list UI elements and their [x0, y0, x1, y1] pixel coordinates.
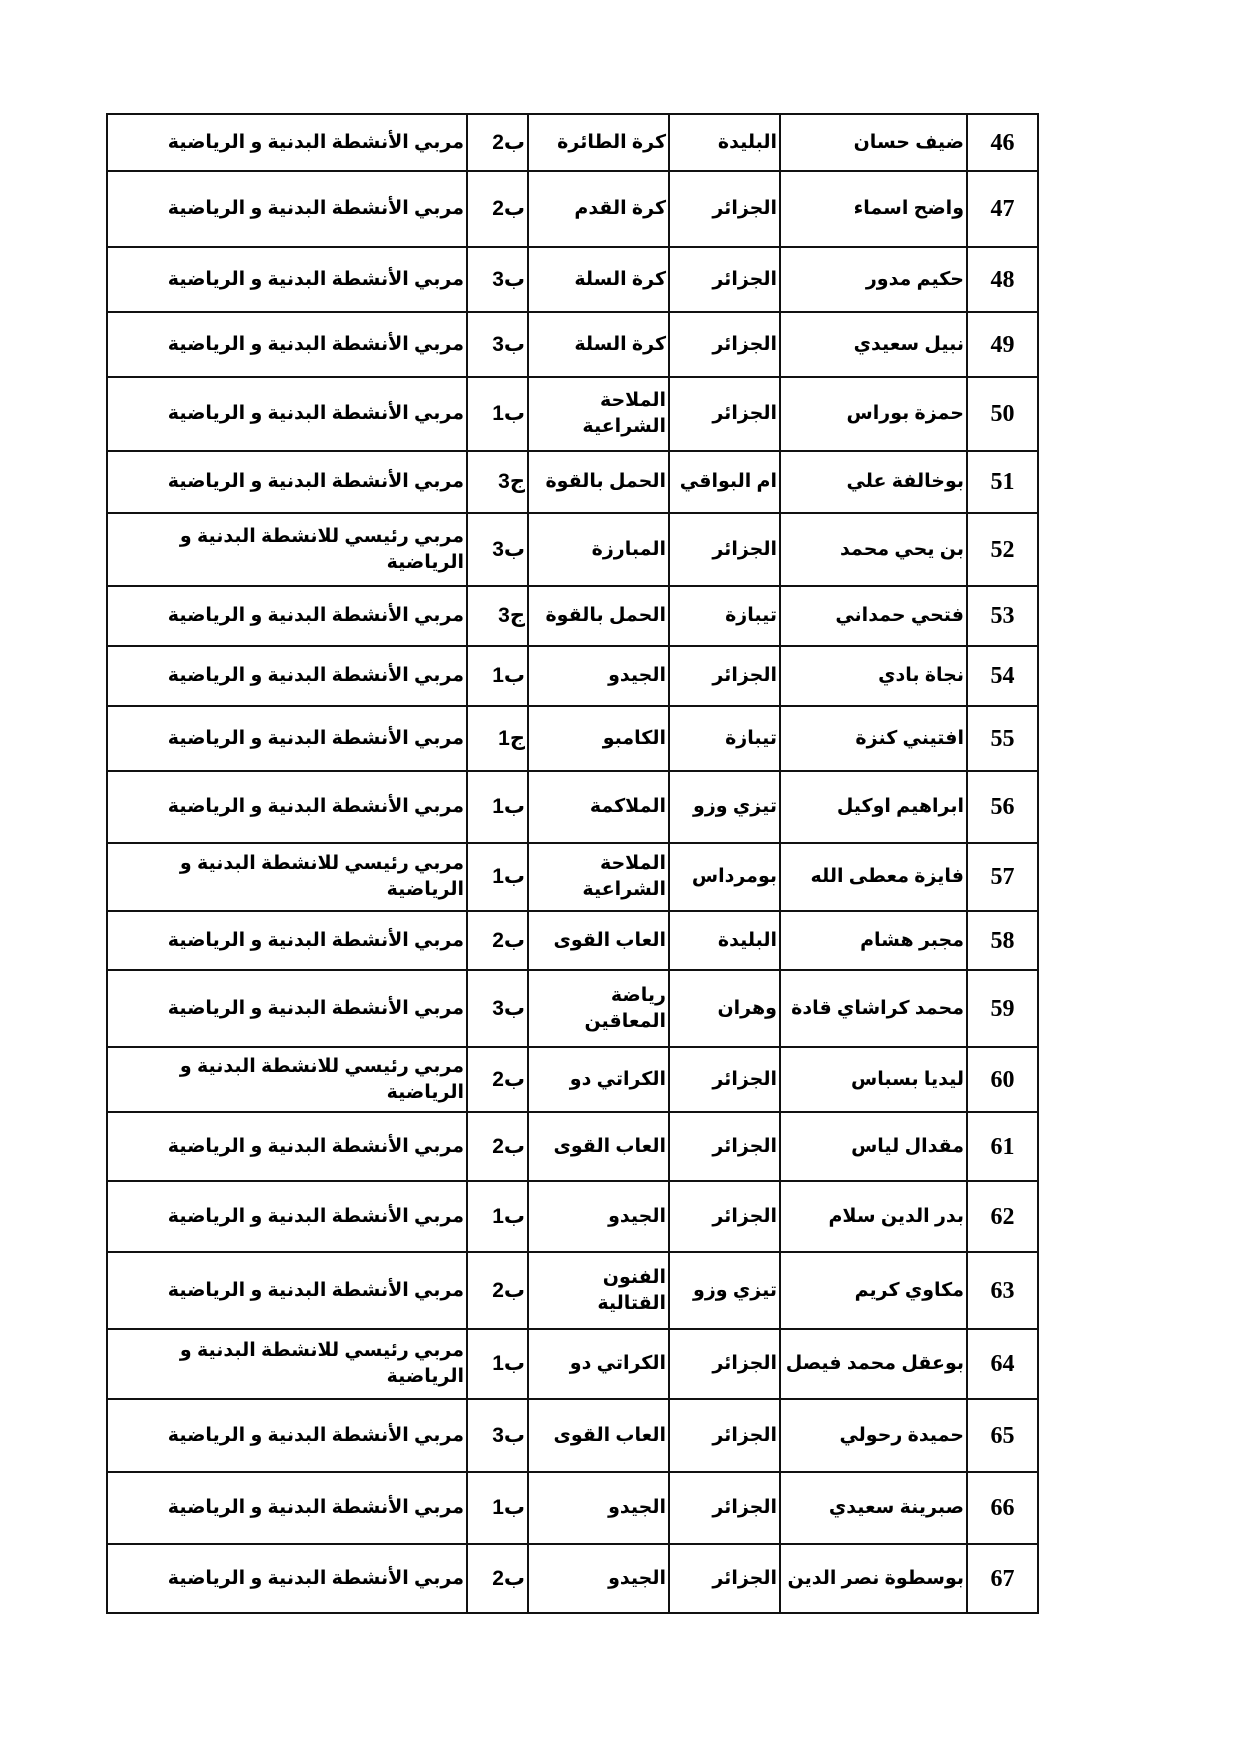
- discipline: كرة الطائرة: [528, 114, 669, 171]
- job-title: مربي رئيسي للانشطة البدنية و الرياضية: [107, 1329, 467, 1399]
- wilaya: الجزائر: [669, 247, 780, 312]
- coach-name: بدر الدين سلام: [780, 1181, 967, 1252]
- coach-name: ضيف حسان: [780, 114, 967, 171]
- table-row: 46 ضيف حسان البليدة كرة الطائرة ب2 مربي …: [107, 114, 1038, 171]
- job-title: مربي رئيسي للانشطة البدنية و الرياضية: [107, 843, 467, 911]
- row-number: 55: [967, 706, 1038, 771]
- level-grade: ج3: [467, 586, 528, 646]
- job-title: مربي الأنشطة البدنية و الرياضية: [107, 771, 467, 843]
- table-row: 61 مقدال لياس الجزائر العاب القوى ب2 مرب…: [107, 1112, 1038, 1181]
- row-number: 65: [967, 1399, 1038, 1472]
- discipline: الحمل بالقوة: [528, 586, 669, 646]
- table-row: 63 مكاوي كريم تيزي وزو الفنون القتالية ب…: [107, 1252, 1038, 1329]
- table-row: 67 بوسطوة نصر الدين الجزائر الجيدو ب2 مر…: [107, 1544, 1038, 1613]
- wilaya: البليدة: [669, 114, 780, 171]
- job-title: مربي رئيسي للانشطة البدنية و الرياضية: [107, 513, 467, 586]
- discipline: العاب القوى: [528, 911, 669, 970]
- level-grade: ب1: [467, 843, 528, 911]
- row-number: 58: [967, 911, 1038, 970]
- table-row: 66 صبرينة سعيدي الجزائر الجيدو ب1 مربي ا…: [107, 1472, 1038, 1544]
- level-grade: ب2: [467, 911, 528, 970]
- table-row: 49 نبيل سعيدي الجزائر كرة السلة ب3 مربي …: [107, 312, 1038, 377]
- coach-name: صبرينة سعيدي: [780, 1472, 967, 1544]
- table-row: 51 بوخالفة علي ام البواقي الحمل بالقوة ج…: [107, 451, 1038, 513]
- level-grade: ب3: [467, 247, 528, 312]
- discipline: الكراتي دو: [528, 1329, 669, 1399]
- coach-name: نبيل سعيدي: [780, 312, 967, 377]
- discipline: الكراتي دو: [528, 1047, 669, 1112]
- coach-name: محمد كراشاي قادة: [780, 970, 967, 1047]
- wilaya: الجزائر: [669, 1047, 780, 1112]
- coach-name: مكاوي كريم: [780, 1252, 967, 1329]
- wilaya: الجزائر: [669, 312, 780, 377]
- discipline: الجيدو: [528, 1181, 669, 1252]
- coach-name: بن يحي محمد: [780, 513, 967, 586]
- row-number: 46: [967, 114, 1038, 171]
- level-grade: ب2: [467, 1112, 528, 1181]
- job-title: مربي الأنشطة البدنية و الرياضية: [107, 911, 467, 970]
- coach-name: نجاة بادي: [780, 646, 967, 706]
- wilaya: تيبازة: [669, 706, 780, 771]
- table-row: 47 واضح اسماء الجزائر كرة القدم ب2 مربي …: [107, 171, 1038, 247]
- table-row: 52 بن يحي محمد الجزائر المبارزة ب3 مربي …: [107, 513, 1038, 586]
- level-grade: ب3: [467, 513, 528, 586]
- row-number: 66: [967, 1472, 1038, 1544]
- row-number: 63: [967, 1252, 1038, 1329]
- row-number: 62: [967, 1181, 1038, 1252]
- job-title: مربي الأنشطة البدنية و الرياضية: [107, 646, 467, 706]
- discipline: الجيدو: [528, 1544, 669, 1613]
- table-row: 53 فتحي حمداني تيبازة الحمل بالقوة ج3 مر…: [107, 586, 1038, 646]
- job-title: مربي الأنشطة البدنية و الرياضية: [107, 1544, 467, 1613]
- level-grade: ب1: [467, 377, 528, 451]
- coach-name: فايزة معطى الله: [780, 843, 967, 911]
- level-grade: ب3: [467, 312, 528, 377]
- discipline: الجيدو: [528, 1472, 669, 1544]
- coaches-table: 46 ضيف حسان البليدة كرة الطائرة ب2 مربي …: [106, 113, 1039, 1614]
- row-number: 47: [967, 171, 1038, 247]
- discipline: رياضة المعاقين: [528, 970, 669, 1047]
- row-number: 64: [967, 1329, 1038, 1399]
- row-number: 56: [967, 771, 1038, 843]
- wilaya: الجزائر: [669, 1329, 780, 1399]
- row-number: 57: [967, 843, 1038, 911]
- wilaya: الجزائر: [669, 1399, 780, 1472]
- wilaya: ام البواقي: [669, 451, 780, 513]
- coach-name: حمزة بوراس: [780, 377, 967, 451]
- discipline: الملاحة الشراعية: [528, 377, 669, 451]
- discipline: كرة القدم: [528, 171, 669, 247]
- wilaya: وهران: [669, 970, 780, 1047]
- level-grade: ب1: [467, 1181, 528, 1252]
- wilaya: الجزائر: [669, 1544, 780, 1613]
- discipline: العاب القوى: [528, 1112, 669, 1181]
- job-title: مربي الأنشطة البدنية و الرياضية: [107, 451, 467, 513]
- wilaya: الجزائر: [669, 377, 780, 451]
- discipline: المبارزة: [528, 513, 669, 586]
- job-title: مربي الأنشطة البدنية و الرياضية: [107, 1112, 467, 1181]
- wilaya: الجزائر: [669, 1472, 780, 1544]
- level-grade: ب3: [467, 1399, 528, 1472]
- level-grade: ب1: [467, 1472, 528, 1544]
- level-grade: ب2: [467, 171, 528, 247]
- coach-name: مقدال لياس: [780, 1112, 967, 1181]
- row-number: 54: [967, 646, 1038, 706]
- document-page: 46 ضيف حسان البليدة كرة الطائرة ب2 مربي …: [0, 0, 1241, 1755]
- discipline: الجيدو: [528, 646, 669, 706]
- coach-name: واضح اسماء: [780, 171, 967, 247]
- level-grade: ب2: [467, 114, 528, 171]
- job-title: مربي الأنشطة البدنية و الرياضية: [107, 1181, 467, 1252]
- wilaya: تيبازة: [669, 586, 780, 646]
- coach-name: بوسطوة نصر الدين: [780, 1544, 967, 1613]
- job-title: مربي الأنشطة البدنية و الرياضية: [107, 970, 467, 1047]
- job-title: مربي الأنشطة البدنية و الرياضية: [107, 1399, 467, 1472]
- row-number: 59: [967, 970, 1038, 1047]
- table-row: 64 بوعقل محمد فيصل الجزائر الكراتي دو ب1…: [107, 1329, 1038, 1399]
- job-title: مربي الأنشطة البدنية و الرياضية: [107, 114, 467, 171]
- row-number: 67: [967, 1544, 1038, 1613]
- discipline: الكامبو: [528, 706, 669, 771]
- wilaya: الجزائر: [669, 171, 780, 247]
- wilaya: الجزائر: [669, 513, 780, 586]
- job-title: مربي الأنشطة البدنية و الرياضية: [107, 247, 467, 312]
- job-title: مربي الأنشطة البدنية و الرياضية: [107, 706, 467, 771]
- job-title: مربي رئيسي للانشطة البدنية و الرياضية: [107, 1047, 467, 1112]
- row-number: 52: [967, 513, 1038, 586]
- level-grade: ب1: [467, 771, 528, 843]
- job-title: مربي الأنشطة البدنية و الرياضية: [107, 586, 467, 646]
- table-row: 62 بدر الدين سلام الجزائر الجيدو ب1 مربي…: [107, 1181, 1038, 1252]
- table-row: 57 فايزة معطى الله بومرداس الملاحة الشرا…: [107, 843, 1038, 911]
- coach-name: افتيني كنزة: [780, 706, 967, 771]
- coach-name: ابراهيم اوكيل: [780, 771, 967, 843]
- level-grade: ب2: [467, 1047, 528, 1112]
- wilaya: الجزائر: [669, 646, 780, 706]
- coach-name: فتحي حمداني: [780, 586, 967, 646]
- level-grade: ب2: [467, 1252, 528, 1329]
- discipline: الملاكمة: [528, 771, 669, 843]
- level-grade: ب1: [467, 646, 528, 706]
- discipline: كرة السلة: [528, 312, 669, 377]
- discipline: الملاحة الشراعية: [528, 843, 669, 911]
- discipline: كرة السلة: [528, 247, 669, 312]
- discipline: الفنون القتالية: [528, 1252, 669, 1329]
- table-row: 50 حمزة بوراس الجزائر الملاحة الشراعية ب…: [107, 377, 1038, 451]
- coach-name: بوعقل محمد فيصل: [780, 1329, 967, 1399]
- coach-name: حكيم مدور: [780, 247, 967, 312]
- discipline: العاب القوى: [528, 1399, 669, 1472]
- job-title: مربي الأنشطة البدنية و الرياضية: [107, 1472, 467, 1544]
- coach-name: حميدة رحولي: [780, 1399, 967, 1472]
- row-number: 49: [967, 312, 1038, 377]
- job-title: مربي الأنشطة البدنية و الرياضية: [107, 1252, 467, 1329]
- table-row: 65 حميدة رحولي الجزائر العاب القوى ب3 مر…: [107, 1399, 1038, 1472]
- row-number: 53: [967, 586, 1038, 646]
- row-number: 61: [967, 1112, 1038, 1181]
- discipline: الحمل بالقوة: [528, 451, 669, 513]
- table-row: 58 مجبر هشام البليدة العاب القوى ب2 مربي…: [107, 911, 1038, 970]
- job-title: مربي الأنشطة البدنية و الرياضية: [107, 171, 467, 247]
- wilaya: بومرداس: [669, 843, 780, 911]
- level-grade: ب1: [467, 1329, 528, 1399]
- row-number: 51: [967, 451, 1038, 513]
- coach-name: بوخالفة علي: [780, 451, 967, 513]
- table-row: 48 حكيم مدور الجزائر كرة السلة ب3 مربي ا…: [107, 247, 1038, 312]
- row-number: 48: [967, 247, 1038, 312]
- wilaya: البليدة: [669, 911, 780, 970]
- table-row: 54 نجاة بادي الجزائر الجيدو ب1 مربي الأن…: [107, 646, 1038, 706]
- table-body: 46 ضيف حسان البليدة كرة الطائرة ب2 مربي …: [107, 114, 1038, 1613]
- table-row: 60 ليديا بسباس الجزائر الكراتي دو ب2 مرب…: [107, 1047, 1038, 1112]
- row-number: 50: [967, 377, 1038, 451]
- wilaya: الجزائر: [669, 1181, 780, 1252]
- table-row: 56 ابراهيم اوكيل تيزي وزو الملاكمة ب1 مر…: [107, 771, 1038, 843]
- level-grade: ج3: [467, 451, 528, 513]
- level-grade: ب3: [467, 970, 528, 1047]
- wilaya: الجزائر: [669, 1112, 780, 1181]
- table-row: 55 افتيني كنزة تيبازة الكامبو ج1 مربي ال…: [107, 706, 1038, 771]
- job-title: مربي الأنشطة البدنية و الرياضية: [107, 377, 467, 451]
- table-row: 59 محمد كراشاي قادة وهران رياضة المعاقين…: [107, 970, 1038, 1047]
- level-grade: ج1: [467, 706, 528, 771]
- coach-name: مجبر هشام: [780, 911, 967, 970]
- coach-name: ليديا بسباس: [780, 1047, 967, 1112]
- wilaya: تيزي وزو: [669, 771, 780, 843]
- level-grade: ب2: [467, 1544, 528, 1613]
- row-number: 60: [967, 1047, 1038, 1112]
- job-title: مربي الأنشطة البدنية و الرياضية: [107, 312, 467, 377]
- wilaya: تيزي وزو: [669, 1252, 780, 1329]
